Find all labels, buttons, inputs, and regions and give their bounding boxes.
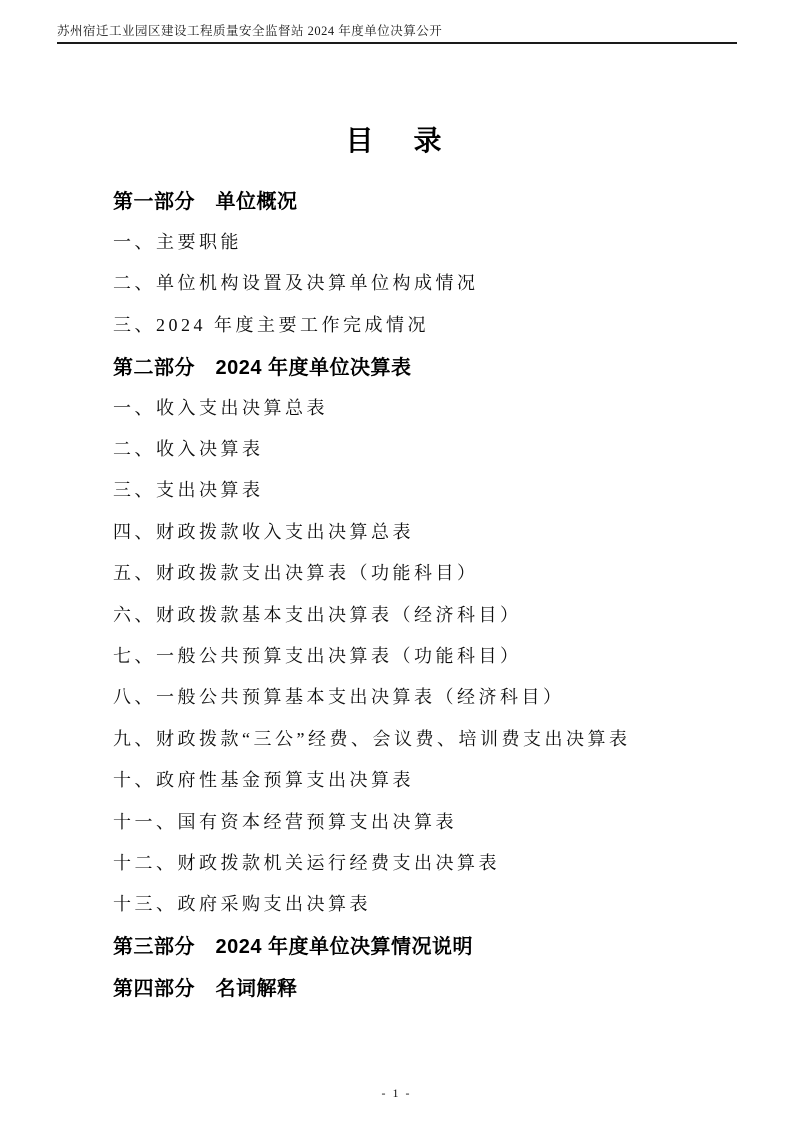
toc-item: 二、单位机构设置及决算单位构成情况 [113, 262, 753, 303]
toc-item: 十二、财政拨款机关运行经费支出决算表 [113, 841, 753, 882]
toc-item: 一、收入支出决算总表 [113, 386, 753, 427]
header-title: 苏州宿迁工业园区建设工程质量安全监督站 2024 年度单位决算公开 [57, 24, 442, 38]
toc-title: 目 录 [0, 124, 793, 160]
toc-item: 四、财政拨款收入支出决算总表 [113, 510, 753, 551]
toc-item: 七、一般公共预算支出决算表（功能科目） [113, 634, 753, 675]
page-number: - 1 - [382, 1086, 412, 1100]
toc-item: 一、主要职能 [113, 220, 753, 261]
toc-item: 十、政府性基金预算支出决算表 [113, 758, 753, 799]
toc-item: 十一、国有资本经营预算支出决算表 [113, 800, 753, 841]
toc-item: 十三、政府采购支出决算表 [113, 883, 753, 924]
toc-section-part1: 第一部分 单位概况 [113, 179, 753, 220]
toc-item: 三、支出决算表 [113, 469, 753, 510]
toc-item: 九、财政拨款“三公”经费、会议费、培训费支出决算表 [113, 717, 753, 758]
page-footer: - 1 - [0, 1084, 793, 1102]
toc-section-part3: 第三部分 2024 年度单位决算情况说明 [113, 924, 753, 965]
toc-item: 三、2024 年度主要工作完成情况 [113, 303, 753, 344]
toc-item: 五、财政拨款支出决算表（功能科目） [113, 552, 753, 593]
document-page: 苏州宿迁工业园区建设工程质量安全监督站 2024 年度单位决算公开 目 录 第一… [0, 0, 793, 1122]
toc-item: 六、财政拨款基本支出决算表（经济科目） [113, 593, 753, 634]
toc-item: 二、收入决算表 [113, 427, 753, 468]
toc-section-part4: 第四部分 名词解释 [113, 965, 753, 1006]
toc-section-part2: 第二部分 2024 年度单位决算表 [113, 345, 753, 386]
table-of-contents: 第一部分 单位概况 一、主要职能 二、单位机构设置及决算单位构成情况 三、202… [113, 179, 753, 1007]
page-header: 苏州宿迁工业园区建设工程质量安全监督站 2024 年度单位决算公开 [57, 22, 737, 44]
toc-item: 八、一般公共预算基本支出决算表（经济科目） [113, 676, 753, 717]
